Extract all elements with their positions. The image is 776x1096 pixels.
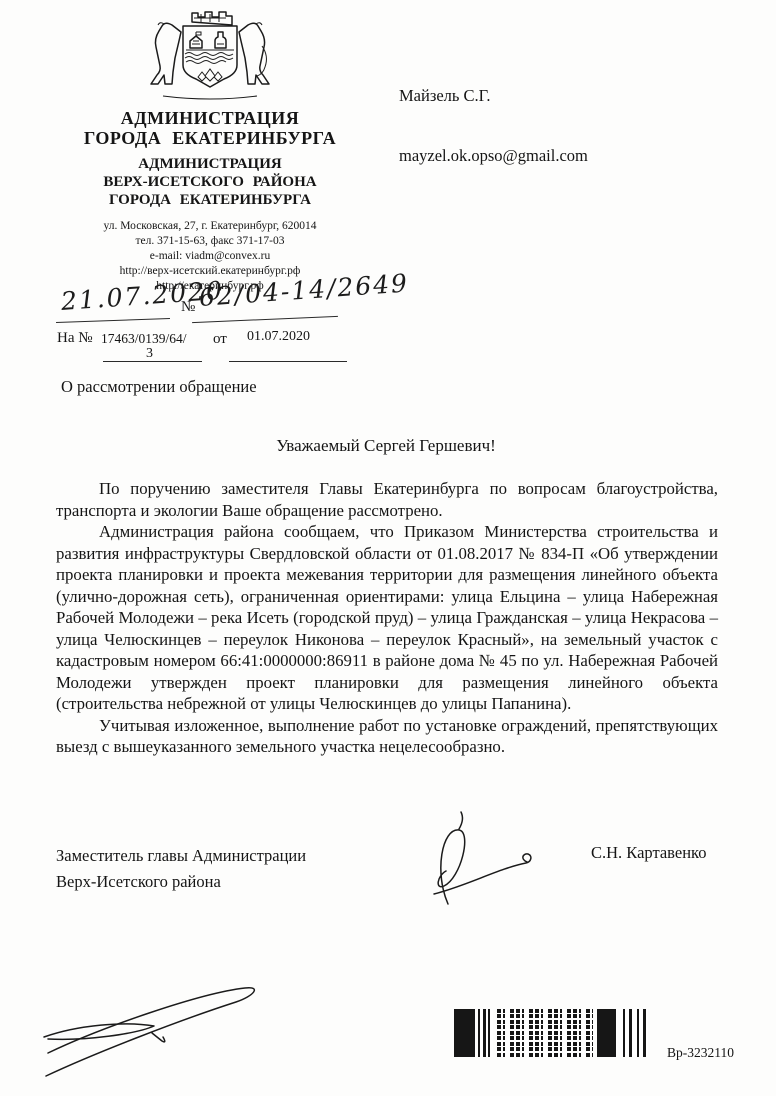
postal-address: ул. Московская, 27, г. Екатеринбург, 620… [52,219,368,234]
signer-position-line2: Верх-Исетского района [56,869,306,895]
signer-position: Заместитель главы Администрации Верх-Исе… [56,843,306,895]
number-sign-label: № [181,299,195,316]
incoming-date-underline [229,361,347,362]
barcode-segment [454,1009,475,1057]
recipient-name: Майзель С.Г. [399,86,729,105]
incoming-number: 17463/0139/64/ [101,331,187,347]
barcode-segment [478,1009,493,1057]
greeting-line: Уважаемый Сергей Гершевич! [55,436,717,456]
barcode [454,1009,652,1057]
incoming-number-underline [103,361,202,362]
signature-icon [414,806,554,924]
body-paragraph: Администрация района сообщаем, что Прика… [56,521,718,715]
barcode-segment [597,1009,616,1057]
org-email: e-mail: viadm@convex.ru [52,249,368,264]
body-paragraph: Учитывая изложенное, выполнение работ по… [56,715,718,758]
org-district-line2: ВЕРХ-ИСЕТСКОГО РАЙОНА [52,173,368,191]
signer-position-line1: Заместитель главы Администрации [56,843,306,869]
recipient-email: mayzel.ok.opso@gmail.com [399,146,729,165]
body-paragraph: По поручению заместителя Главы Екатеринб… [56,478,718,521]
phone-fax: тел. 371-15-63, факс 371-17-03 [52,234,368,249]
incoming-date: 01.07.2020 [247,329,310,345]
recipient-block: Майзель С.Г. mayzel.ok.opso@gmail.com [399,86,729,165]
org-city-line1: АДМИНИСТРАЦИЯ [52,108,368,128]
letter-body: По поручению заместителя Главы Екатеринб… [56,478,718,758]
number-underline [192,316,338,323]
incoming-prefix-label: На № [57,330,93,347]
yekaterinburg-coat-of-arms-icon [135,6,285,102]
org-district-line3: ГОРОДА ЕКАТЕРИНБУРГА [52,191,368,209]
barcode-segment [497,1009,593,1057]
date-underline [56,318,170,323]
scanned-letter-page: АДМИНИСТРАЦИЯ ГОРОДА ЕКАТЕРИНБУРГА АДМИН… [0,0,776,1096]
barcode-segment [620,1009,648,1057]
org-city-line2: ГОРОДА ЕКАТЕРИНБУРГА [52,128,368,148]
barcode-label: Вр-3232110 [667,1045,734,1061]
from-label: от [213,331,227,348]
signer-name: С.Н. Картавенко [591,843,706,863]
subject-line: О рассмотрении обращение [61,377,257,397]
secondary-signature-icon [40,983,270,1083]
org-district-line1: АДМИНИСТРАЦИЯ [52,155,368,173]
incoming-number-tail: 3 [146,346,153,362]
letterhead: АДМИНИСТРАЦИЯ ГОРОДА ЕКАТЕРИНБУРГА АДМИН… [52,6,368,294]
